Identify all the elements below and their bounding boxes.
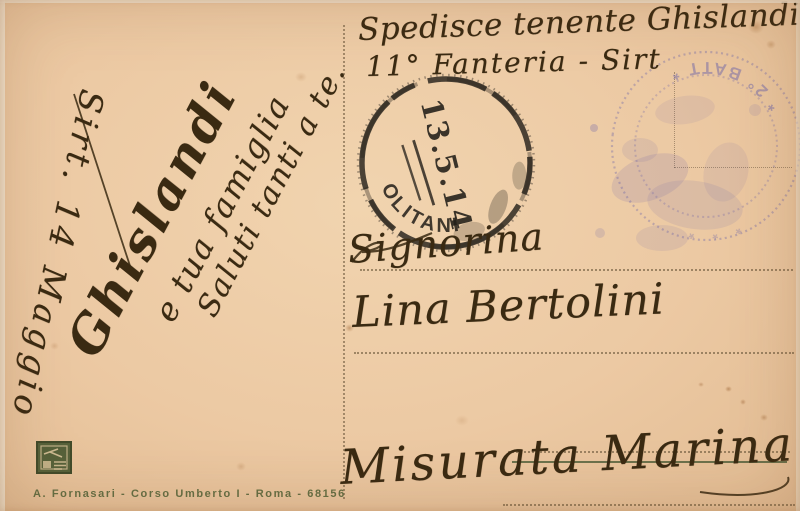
- svg-text:* 2° BATT *: * 2° BATT *: [660, 52, 788, 115]
- foxing-spot: [455, 415, 469, 426]
- addressee-city: Misurata Marina: [339, 416, 797, 496]
- sender-line-1: Spedisce tenente Ghislandi: [357, 0, 800, 48]
- unit-stamp-arc-text: * 2° BATT *: [660, 52, 788, 115]
- postcard: * 2° BATT * * * * 13.5.14: [0, 0, 800, 511]
- stamp-box-bottom: [674, 167, 792, 168]
- dateline: Sirt. 14 Maggio: [4, 86, 112, 424]
- stamp-box: [674, 72, 675, 168]
- postmark-smudge: [512, 162, 526, 190]
- unit-stamp-smudges: [590, 92, 761, 251]
- postmark-date: 13.5.14: [414, 95, 480, 234]
- scan-edge-left: [0, 0, 5, 511]
- marina-tail-flourish: [700, 477, 788, 495]
- addressee-title: Signorina: [346, 214, 545, 272]
- foxing-spot: [740, 399, 746, 405]
- scan-edge-right: [796, 0, 800, 511]
- unit-stamp-arc-text-faint: * * *: [682, 213, 745, 248]
- sender-line-2: 11° Fanteria - Sirt: [366, 42, 662, 83]
- foxing-spot: [725, 386, 732, 392]
- foxing-spot: [295, 72, 307, 82]
- postmark-bar: [402, 144, 420, 201]
- foxing-spot: [766, 40, 776, 49]
- address-line-2: [354, 352, 794, 354]
- unit-stamp-inner-ring: [627, 67, 785, 225]
- divider-line: [343, 25, 345, 499]
- address-line-1: [360, 269, 793, 271]
- publisher-imprint: A. Fornasari - Corso Umberto I - Roma - …: [33, 488, 346, 500]
- foxing-spot: [236, 462, 246, 471]
- addressee-name: Lina Bertolini: [351, 274, 666, 338]
- svg-text:* * *: * * *: [682, 213, 745, 248]
- postmark-bar: [414, 139, 434, 206]
- foxing-spot: [698, 382, 704, 387]
- address-line-4: [503, 504, 795, 506]
- publisher-logo-icon: [37, 442, 71, 473]
